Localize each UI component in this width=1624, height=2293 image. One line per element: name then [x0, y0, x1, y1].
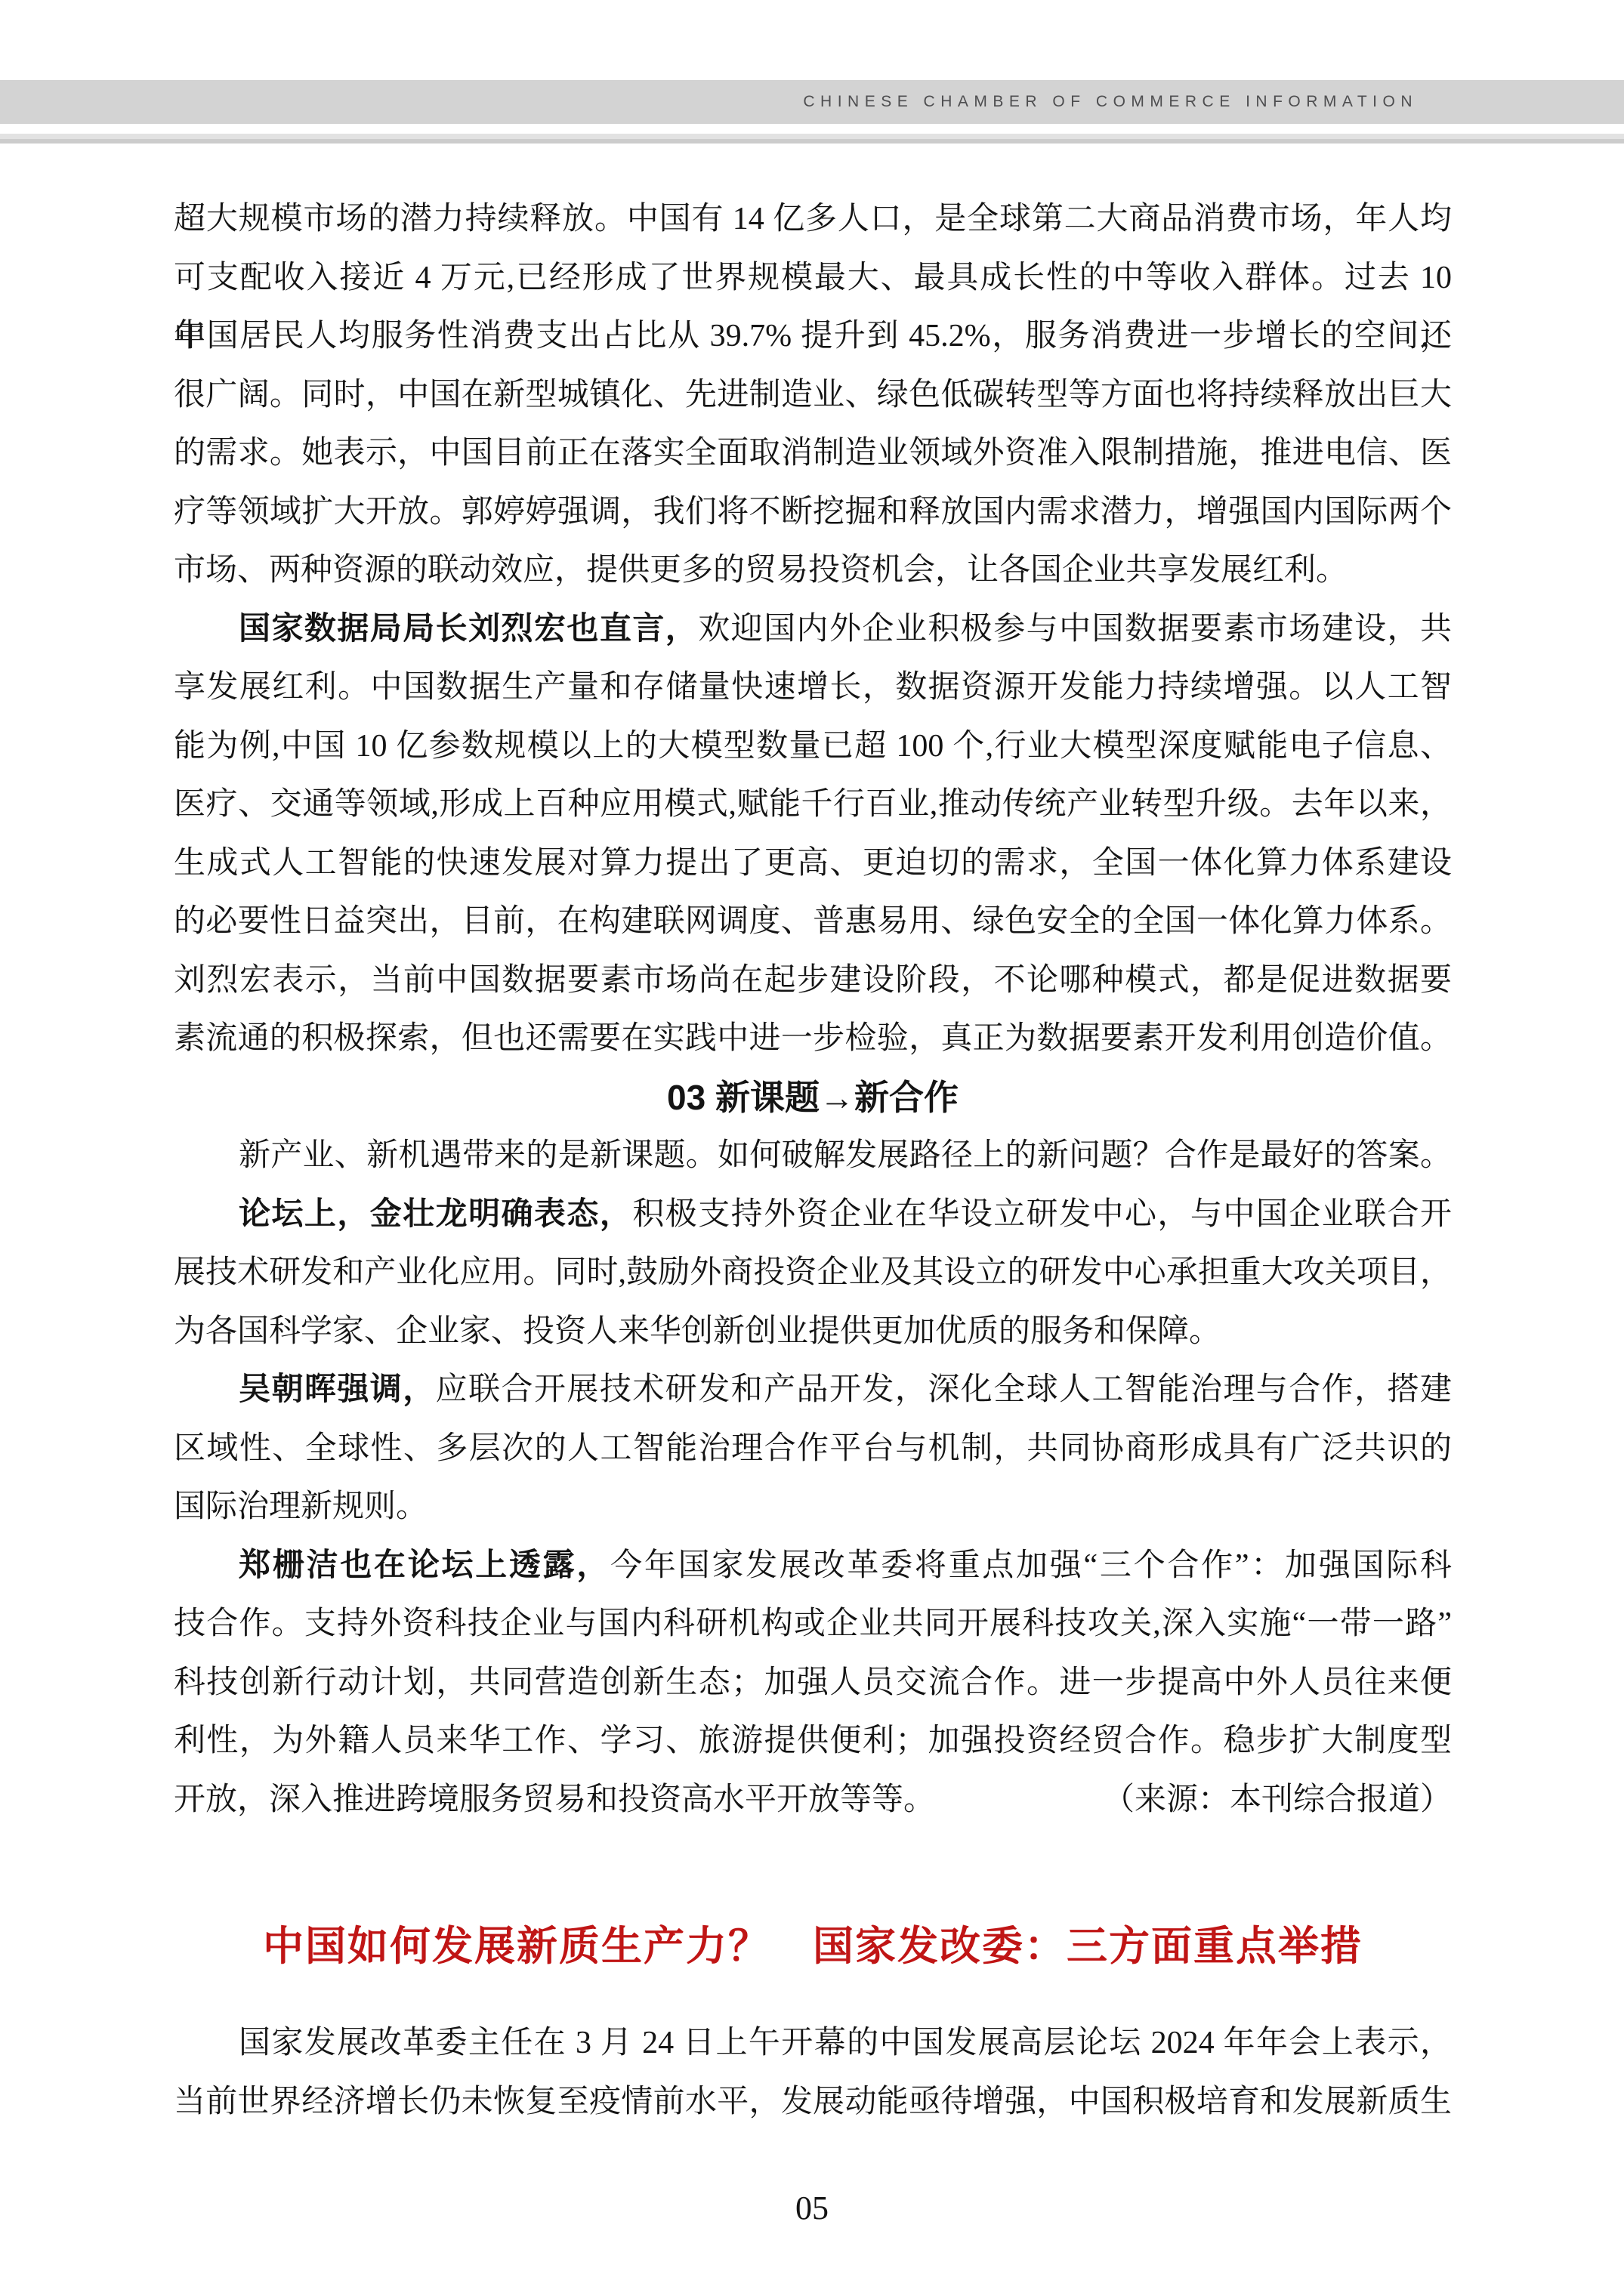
speaker-lead: 国家数据局局长刘烈宏也直言，	[239, 612, 698, 647]
body-line: 国际治理新规则。	[174, 1478, 1452, 1537]
document-page: CHINESE CHAMBER OF COMMERCE INFORMATION …	[0, 0, 1624, 2293]
page-number: 05	[0, 2189, 1624, 2227]
body-line: 生成式人工智能的快速发展对算力提出了更高、更迫切的需求，全国一体化算力体系建设	[174, 835, 1452, 893]
body-line: 疗等领域扩大开放。郭婷婷强调，我们将不断挖掘和释放国内需求潜力，增强国内国际两个	[174, 483, 1452, 542]
body-line: 利性，为外籍人员来华工作、学习、旅游提供便利；加强投资经贸合作。稳步扩大制度型	[174, 1712, 1452, 1771]
body-line: 享发展红利。中国数据生产量和存储量快速增长，数据资源开发能力持续增强。以人工智	[174, 659, 1452, 718]
source-note: （来源：本刊综合报道）	[1103, 1771, 1452, 1830]
body-line: 区域性、全球性、多层次的人工智能治理合作平台与机制，共同协商形成具有广泛共识的	[174, 1420, 1452, 1479]
body-text: 欢迎国内外企业积极参与中国数据要素市场建设，共	[698, 612, 1452, 647]
body-line: 吴朝晖强调，应联合开展技术研发和产品开发，深化全球人工智能治理与合作，搭建	[174, 1361, 1452, 1420]
body-line: 郑栅洁也在论坛上透露，今年国家发展改革委将重点加强“三个合作”：加强国际科	[174, 1537, 1452, 1596]
body-text: 积极支持外资企业在华设立研发中心，与中国企业联合开	[632, 1197, 1452, 1232]
body-line: 为各国科学家、企业家、投资人来华创新创业提供更加优质的服务和保障。	[174, 1303, 1452, 1362]
body-line: 国家数据局局长刘烈宏也直言，欢迎国内外企业积极参与中国数据要素市场建设，共	[174, 600, 1452, 659]
speaker-lead: 郑栅洁也在论坛上透露，	[239, 1548, 610, 1583]
article2-body: 国家发展改革委主任在 3 月 24 日上午开幕的中国发展高层论坛 2024 年年…	[174, 2014, 1452, 2131]
body-line: 论坛上，金壮龙明确表态，积极支持外资企业在华设立研发中心，与中国企业联合开	[174, 1186, 1452, 1245]
body-line: 很广阔。同时，中国在新型城镇化、先进制造业、绿色低碳转型等方面也将持续释放出巨大	[174, 366, 1452, 425]
body-line: 开放，深入推进跨境服务贸易和投资高水平开放等等。 （来源：本刊综合报道）	[174, 1771, 1452, 1830]
body-line: 当前世界经济增长仍未恢复至疫情前水平，发展动能亟待增强，中国积极培育和发展新质生	[174, 2073, 1452, 2132]
body-line: 科技创新行动计划，共同营造创新生态；加强人员交流合作。进一步提高中外人员往来便	[174, 1654, 1452, 1713]
body-line: 技合作。支持外资科技企业与国内科研机构或企业共同开展科技攻关,深入实施“一带一路…	[174, 1595, 1452, 1654]
speaker-lead: 吴朝晖强调，	[239, 1372, 436, 1407]
speaker-lead: 论坛上，金壮龙明确表态，	[239, 1197, 632, 1232]
header-rule-light	[0, 134, 1624, 139]
article2-title: 中国如何发展新质生产力？ 国家发改委：三方面重点举措	[174, 1915, 1452, 1979]
journal-header-text: CHINESE CHAMBER OF COMMERCE INFORMATION	[803, 93, 1418, 111]
body-line: 国家发展改革委主任在 3 月 24 日上午开幕的中国发展高层论坛 2024 年年…	[174, 2014, 1452, 2073]
body-text: 应联合开展技术研发和产品开发，深化全球人工智能治理与合作，搭建	[436, 1372, 1452, 1407]
body-line: 医疗、交通等领域,形成上百种应用模式,赋能千行百业,推动传统产业转型升级。去年以…	[174, 776, 1452, 835]
body-text: 开放，深入推进跨境服务贸易和投资高水平开放等等。	[174, 1771, 935, 1830]
body-line: 的必要性日益突出，目前，在构建联网调度、普惠易用、绿色安全的全国一体化算力体系。	[174, 893, 1452, 952]
body-text: 今年国家发展改革委将重点加强“三个合作”：加强国际科	[610, 1548, 1452, 1583]
body-line: 刘烈宏表示，当前中国数据要素市场尚在起步建设阶段，不论哪种模式，都是促进数据要	[174, 952, 1452, 1011]
body-line: 素流通的积极探索，但也还需要在实践中进一步检验，真正为数据要素开发利用创造价值。	[174, 1010, 1452, 1069]
header-rule-dark	[0, 139, 1624, 144]
page-body: 超大规模市场的潜力持续释放。中国有 14 亿多人口，是全球第二大商品消费市场，年…	[174, 190, 1452, 2131]
body-line: 的需求。她表示，中国目前正在落实全面取消制造业领域外资准入限制措施，推进电信、医	[174, 424, 1452, 483]
body-line: 市场、两种资源的联动效应，提供更多的贸易投资机会，让各国企业共享发展红利。	[174, 542, 1452, 600]
header-band: CHINESE CHAMBER OF COMMERCE INFORMATION	[0, 80, 1624, 124]
body-line: 能为例,中国 10 亿参数规模以上的大模型数量已超 100 个,行业大模型深度赋…	[174, 718, 1452, 776]
body-line: 可支配收入接近 4 万元,已经形成了世界规模最大、最具成长性的中等收入群体。过去…	[174, 249, 1452, 308]
section-heading: 03 新课题→新合作	[174, 1069, 1452, 1128]
body-line: 中国居民人均服务性消费支出占比从 39.7% 提升到 45.2%，服务消费进一步…	[174, 307, 1452, 366]
body-line: 展技术研发和产业化应用。同时,鼓励外商投资企业及其设立的研发中心承担重大攻关项目…	[174, 1244, 1452, 1303]
body-line: 超大规模市场的潜力持续释放。中国有 14 亿多人口，是全球第二大商品消费市场，年…	[174, 190, 1452, 249]
body-line: 新产业、新机遇带来的是新课题。如何破解发展路径上的新问题？合作是最好的答案。	[174, 1127, 1452, 1186]
